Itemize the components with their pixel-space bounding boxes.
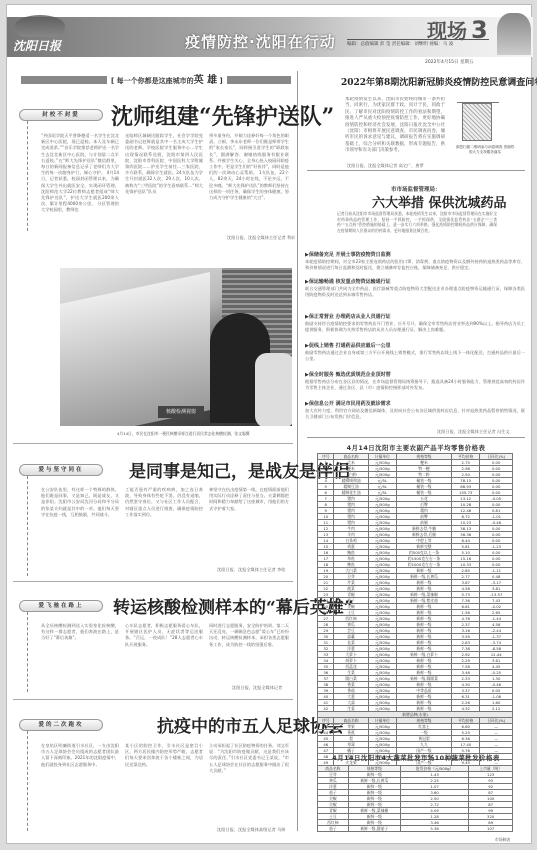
table-cell: 5.36: [400, 826, 469, 832]
article-column: 在公安队伍里，有这样一个特殊的群体，他们既是同事，又是知己，既是战友，又是伴侣。…: [41, 487, 119, 573]
medic-portrait-icon: [497, 13, 531, 55]
issue-date: 2022年4月15日 星期五: [425, 59, 473, 65]
bag-shape: [255, 353, 292, 426]
measure-heading: ▶保运输畅通 核发重点物资运输通行证: [305, 278, 391, 285]
article-source: 沈阳日报、沈报全媒体高级记者 马帅: [217, 827, 297, 835]
article-tag: 封校不封爱: [19, 109, 103, 121]
medicine-intro: 记者日前从沈阳市市场监督管理局获悉，本轮疫情发生以来，沈阳市市场监督管理局在实施…: [337, 211, 497, 243]
survey-title: 2022年第8期沈阳新冠肺炎疫情防控民意调查问卷来啦!: [341, 75, 537, 88]
article-column: 光临师区域阔送跟踪学生，社会学学院党委副书记赵辉就是其中一名主成大学生护送的老师…: [125, 133, 203, 241]
article-source: 沈阳日报、沈报全媒体主任记者 李欣: [217, 567, 297, 575]
article-column: 带多重身份，并倾力诠释好每一个角色的职责。立顿、李永东老师一位们既是师带学生的“…: [209, 133, 289, 233]
article-tag: 爱飞驰在路上: [19, 600, 103, 612]
article-source: 沈阳日报、沈报全媒体主任记者 利轩: [227, 235, 297, 243]
retail-table-title: 4月14日沈阳市主要农副产品平均零售价格表: [299, 443, 533, 452]
qr-caption: 请您扫描二维码参与问卷调查 衷谢你的大力支持服务落实: [455, 145, 515, 155]
news-photo: 核酸检测视窗: [60, 268, 292, 426]
hero-strap: [ 每一个你都是这座城市的英 雄 ]: [107, 71, 227, 86]
measure-body: 本轮疫情防控期间，对全市23家主要连锁药店的医用口罩、消毒剂、重点防疫物资以及额…: [305, 259, 525, 278]
article-headline: 沈师组建“先锋护送队”: [111, 100, 334, 131]
measure-body: 鼓励支持符合疫情防控要求的零售药店开门营业、应开尽开，确保全市零售药店营业率达到…: [305, 321, 525, 340]
measure-heading: ▶促线上销售 打通药品供应最后一公里: [305, 342, 391, 349]
article-source: 沈阳日报、沈报全媒体记者: [232, 685, 297, 693]
wholesale-price-table: 商品名称规格等级批发价格（元/500g）上市量（吨） 豆芽新鲜一级1.43123…: [317, 765, 513, 832]
article-column: 心车队志愿者，积极志愿服务爱心车队，开展辖区医护人员、无症状者等运送服务。“百运…: [125, 623, 203, 691]
article-column: 同时进行志愿服务，安全防护培训。第二天天还没亮，一辆辆急色志愿“爱心车”已纷纷出…: [209, 623, 289, 683]
section-rule: [307, 437, 525, 438]
article-column: 某小区的防控卫作，引水社区是密目小区，两方居民楼内防控形势严峻，志愿者们每天要来…: [125, 743, 203, 833]
retail-price-table: 序号商品名称计量单位规格等级平均价格日环比(%) 1大米元/500g粳米2.75…: [317, 453, 513, 772]
medicine-title: 六大举措 保供沈城药品: [372, 192, 507, 211]
measure-body: 联合交通管理部门共同为全市药品、医疗器械等重点防疫物资大型配送企业办理重点防疫物…: [305, 286, 525, 305]
hero-highlight: 英 雄: [194, 75, 217, 86]
hands-logo-icon: [15, 15, 65, 37]
section-rule: [13, 443, 293, 444]
banner-title: 疫情防控·沈阳在行动: [185, 31, 336, 52]
measure-heading: ▶保信息公开 满足市民用药及就诊需求: [305, 400, 391, 407]
article-column: 神坚守在抗击疫情第一线，在疫情面前他们用实际行动诠释了责任与担当。夫妻俩都把时间…: [209, 487, 289, 565]
table-row: 茄子新鲜一级,圆茄子5.36107: [318, 826, 513, 832]
booth-shape: [60, 272, 210, 426]
measure-heading: ▶保全时服务 甄选优质规范企业顶时替: [305, 371, 391, 378]
tag-dashed-line: [27, 476, 28, 576]
article-column: 工能否患有严重的疾病病，加之连日奔波，导致身体有些吃不消，仍没有退缩，仍然坚守岗…: [125, 487, 203, 573]
table-cell: 107: [469, 826, 513, 832]
table-cell: 新鲜一级,圆茄子: [348, 826, 400, 832]
section-rule: [13, 581, 293, 582]
article-column: 在皇姑区明廉街道引水社区，一支由沈阳市五人足球协会会员组成的志愿者团队最入留下深…: [41, 743, 119, 833]
skyline-icon: [457, 93, 499, 103]
booth-sign: 核酸检测视窗: [158, 406, 204, 418]
newspaper-page: 沈阳日报 疫情防控·沈阳在行动 现场3 编辑：总值编辑 彭 莹 责任编辑：刘继明…: [6, 4, 532, 844]
masthead-banner: 沈阳日报 疫情防控·沈阳在行动 现场3 编辑：总值编辑 彭 莹 责任编辑：刘继明…: [7, 17, 533, 57]
tag-dashed-line: [27, 731, 28, 831]
tag-dashed-line: [27, 612, 28, 692]
article-tag: 爱与坚守同在: [19, 464, 103, 476]
wholesale-table-block: 4月14日沈阳市4大蔬菜批发市场10种蔬菜批发价格表 商品名称规格等级批发价格（…: [299, 753, 533, 845]
section-rule: [13, 699, 293, 700]
retail-table-block: 4月14日沈阳市主要农副产品平均零售价格表 序号商品名称计量单位规格等级平均价格…: [299, 441, 533, 741]
article-column: “外国语学院天平普降德适一名学生在沈北新区中心医院，现已返校。本人及车辆已完成消…: [41, 133, 119, 241]
wholesale-table-title: 4月14日沈阳市4大蔬菜批发市场10种蔬菜批发价格表: [299, 753, 533, 762]
measure-heading: ▶保储备充足 开展士事防疫物资日监测: [305, 251, 391, 258]
measure-heading: ▶保正常营业 办理药店从业人员通行证: [305, 313, 391, 320]
hero-prefix: 每一个你都是这座城市的: [117, 77, 194, 85]
qr-code[interactable]: [462, 103, 492, 141]
medicine-source: 沈阳日报、沈报全媒体主任记者 冯生文: [437, 429, 527, 436]
section-rule: [307, 170, 525, 171]
article-column: 立动承担起了社区防疫物资的任务。刘文军说：“为沈阳市防疫做贡献，这是我们应该尽的…: [209, 743, 289, 825]
survey-body: 本轮疫情发生以来，沈阳市民始终同城市一条共担当、同密行。为优家民群于政，问计于民…: [345, 97, 445, 161]
editor-divider: [347, 39, 489, 40]
editors-credit: 编辑：总值编辑 彭 莹 责任编辑：刘继明 视编：马 凌: [347, 41, 453, 47]
article-tag: 爱的二次跑攻: [19, 719, 103, 731]
table-footnote: 市场制表: [495, 837, 510, 843]
article-column: 从全员核酸检测到送入实验室化检核酸，有这样一群志愿者，他们奔波在路上，是当好了“…: [41, 623, 119, 691]
measure-body: 加大宣传力度，利用官方网站及微信新媒体，及时向社会公布各区域供货药店信息，针对退…: [305, 408, 525, 427]
table-cell: 茄子: [318, 826, 349, 832]
tag-dashed-line: [27, 121, 28, 231]
survey-source: 沈阳日报、沈报全媒体记者 高宅广、唐罗: [347, 163, 447, 170]
newspaper-logo: 沈阳日报: [13, 37, 61, 54]
measure-body: 根据零售药店分布在各区县的情况，在市场监督管理局统筹指导下，甄选具备24小时服务…: [305, 379, 525, 398]
measure-body: 鼓励零售药店通过企业自身或第三方平台开展线上销售模式，推行零售药店线上线下一体化…: [305, 350, 525, 369]
photo-caption: 4月14日，市民在沈阳市一便民核酸采样点进行居民常态化核酸检测。张文聪摄: [117, 431, 250, 437]
